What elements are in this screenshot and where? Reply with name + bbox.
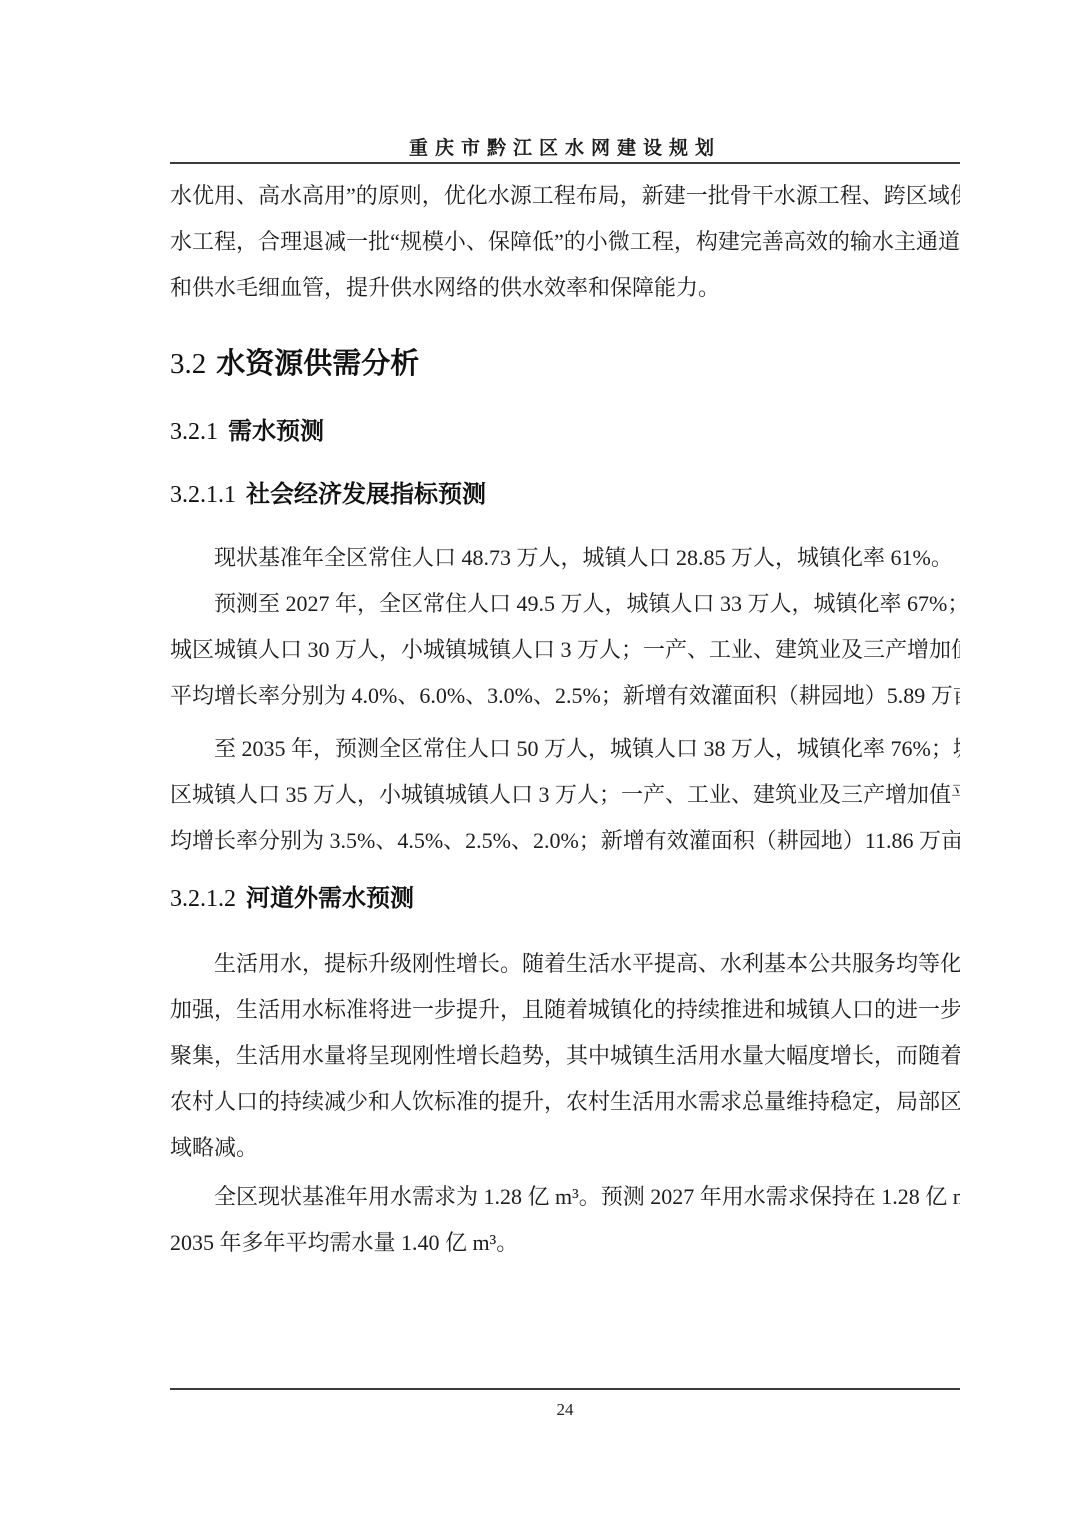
paragraph-line: 域略减。	[170, 1125, 960, 1171]
paragraph-line: 预测至 2027 年，全区常住人口 49.5 万人，城镇人口 33 万人，城镇化…	[170, 581, 960, 627]
document-page: 重庆市黔江区水网建设规划 水优用、高水高用”的原则，优化水源工程布局，新建一批骨…	[0, 0, 1074, 1520]
section-number: 3.2.1.1	[170, 482, 236, 508]
paragraph-water-demand: 全区现状基准年用水需求为 1.28 亿 m³。预测 2027 年用水需求保持在 …	[170, 1174, 960, 1266]
paragraph-forecast-2035: 至 2035 年，预测全区常住人口 50 万人，城镇人口 38 万人，城镇化率 …	[170, 726, 960, 864]
section-title: 水资源供需分析	[216, 348, 419, 380]
section-title: 社会经济发展指标预测	[246, 481, 486, 508]
paragraph-line: 水优用、高水高用”的原则，优化水源工程布局，新建一批骨干水源工程、跨区域供	[170, 173, 960, 219]
paragraph-line: 现状基准年全区常住人口 48.73 万人，城镇人口 28.85 万人，城镇化率 …	[170, 535, 960, 581]
footer-divider	[170, 1388, 960, 1390]
document-body: 水优用、高水高用”的原则，优化水源工程布局，新建一批骨干水源工程、跨区域供 水工…	[170, 173, 960, 1266]
section-heading-3-2-1-2: 3.2.1.2河道外需水预测	[170, 882, 960, 916]
section-heading-3-2: 3.2水资源供需分析	[170, 344, 960, 384]
section-number: 3.2.1	[170, 419, 218, 445]
paragraph-line: 区城镇人口 35 万人，小城镇城镇人口 3 万人；一产、工业、建筑业及三产增加值…	[170, 772, 960, 818]
paragraph-line: 农村人口的持续减少和人饮标准的提升，农村生活用水需求总量维持稳定，局部区	[170, 1079, 960, 1125]
page-number: 24	[170, 1398, 960, 1422]
paragraph-forecast-2027: 预测至 2027 年，全区常住人口 49.5 万人，城镇人口 33 万人，城镇化…	[170, 581, 960, 719]
section-number: 3.2.1.2	[170, 886, 236, 912]
section-title: 河道外需水预测	[246, 885, 414, 912]
paragraph-line: 水工程，合理退减一批“规模小、保障低”的小微工程，构建完善高效的输水主通道	[170, 219, 960, 265]
paragraph-line: 城区城镇人口 30 万人，小城镇城镇人口 3 万人；一产、工业、建筑业及三产增加…	[170, 627, 960, 673]
paragraph-line: 2035 年多年平均需水量 1.40 亿 m³。	[170, 1220, 960, 1266]
paragraph-living-water: 生活用水，提标升级刚性增长。随着生活水平提高、水利基本公共服务均等化 加强，生活…	[170, 941, 960, 1171]
paragraph-line: 生活用水，提标升级刚性增长。随着生活水平提高、水利基本公共服务均等化	[170, 941, 960, 987]
paragraph-baseline-year: 现状基准年全区常住人口 48.73 万人，城镇人口 28.85 万人，城镇化率 …	[170, 535, 960, 581]
paragraph-line: 聚集，生活用水量将呈现刚性增长趋势，其中城镇生活用水量大幅度增长，而随着	[170, 1033, 960, 1079]
paragraph-line: 均增长率分别为 3.5%、4.5%、2.5%、2.0%；新增有效灌面积（耕园地）…	[170, 818, 960, 864]
section-title: 需水预测	[228, 418, 324, 445]
paragraph-intro-continuation: 水优用、高水高用”的原则，优化水源工程布局，新建一批骨干水源工程、跨区域供 水工…	[170, 173, 960, 311]
page-header: 重庆市黔江区水网建设规划	[170, 133, 960, 164]
paragraph-line: 和供水毛细血管，提升供水网络的供水效率和保障能力。	[170, 265, 960, 311]
paragraph-line: 平均增长率分别为 4.0%、6.0%、3.0%、2.5%；新增有效灌面积（耕园地…	[170, 673, 960, 719]
document-title: 重庆市黔江区水网建设规划	[409, 138, 721, 159]
section-heading-3-2-1: 3.2.1需水预测	[170, 415, 960, 449]
paragraph-line: 至 2035 年，预测全区常住人口 50 万人，城镇人口 38 万人，城镇化率 …	[170, 726, 960, 772]
paragraph-line: 全区现状基准年用水需求为 1.28 亿 m³。预测 2027 年用水需求保持在 …	[170, 1174, 960, 1220]
paragraph-line: 加强，生活用水标准将进一步提升，且随着城镇化的持续推进和城镇人口的进一步	[170, 987, 960, 1033]
section-number: 3.2	[170, 348, 206, 380]
section-heading-3-2-1-1: 3.2.1.1社会经济发展指标预测	[170, 478, 960, 512]
